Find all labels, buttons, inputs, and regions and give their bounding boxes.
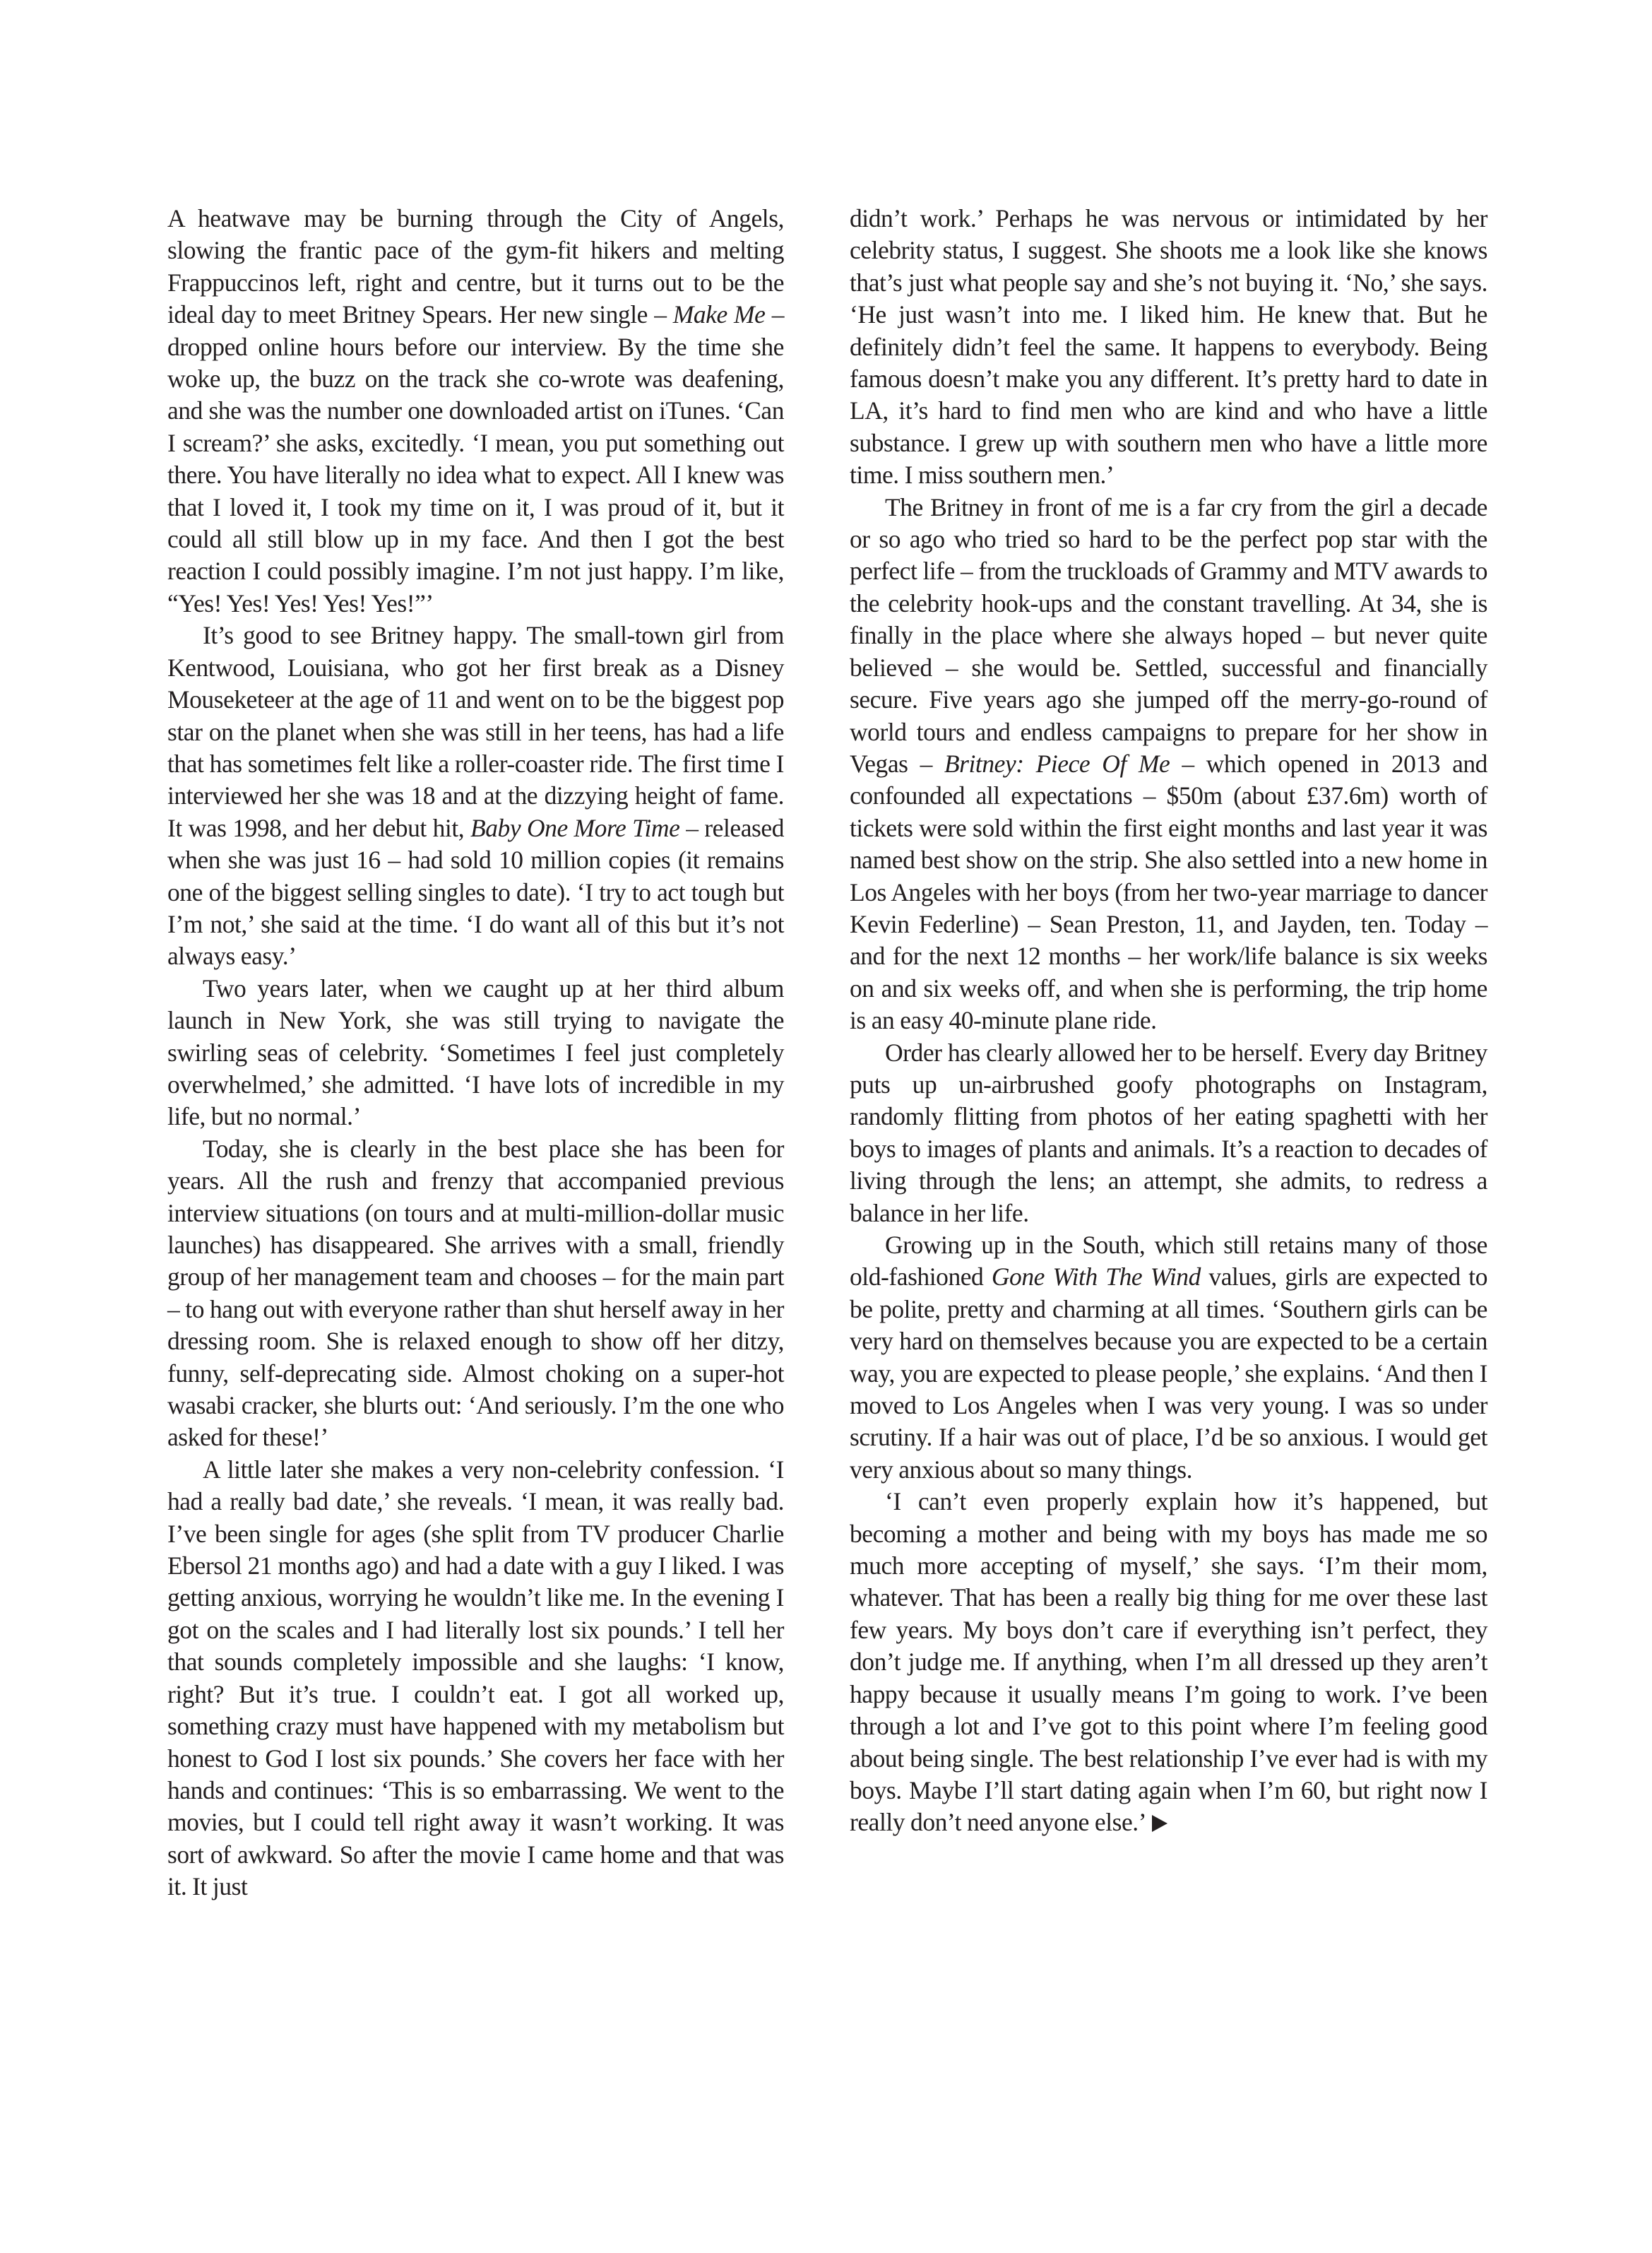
paragraph: Today, she is clearly in the best place … — [167, 1133, 784, 1454]
paragraph: Order has clearly allowed her to be hers… — [850, 1037, 1487, 1229]
song-title-italic: Baby One More Time — [470, 814, 679, 842]
paragraph: didn’t work.’ Perhaps he was nervous or … — [850, 203, 1487, 492]
paragraph-text: didn’t work.’ Perhaps he was nervous or … — [850, 204, 1487, 489]
paragraph: Growing up in the South, which still ret… — [850, 1229, 1487, 1486]
show-title-italic: Britney: Piece Of Me — [944, 750, 1170, 778]
paragraph-text: Two years later, when we caught up at he… — [167, 974, 784, 1131]
paragraph: A heatwave may be burning through the Ci… — [167, 203, 784, 620]
paragraph-text: – dropped online hours before our interv… — [167, 300, 784, 617]
film-title-italic: Gone With The Wind — [992, 1262, 1201, 1291]
paragraph-text: ‘I can’t even properly explain how it’s … — [850, 1487, 1487, 1836]
article-column-left: A heatwave may be burning through the Ci… — [167, 203, 784, 1903]
paragraph: A little later she makes a very non-cele… — [167, 1454, 784, 1903]
triangle-right-icon — [1152, 1815, 1167, 1832]
paragraph: ‘I can’t even properly explain how it’s … — [850, 1486, 1487, 1838]
paragraph-text: – which opened in 2013 and confounded al… — [850, 750, 1487, 1034]
song-title-italic: Make Me — [673, 300, 766, 329]
paragraph-text: The Britney in front of me is a far cry … — [850, 493, 1487, 778]
paragraph-text: A little later she makes a very non-cele… — [167, 1455, 784, 1900]
paragraph-text: Today, she is clearly in the best place … — [167, 1135, 784, 1452]
paragraph-text: values, girls are expected to be polite,… — [850, 1262, 1487, 1483]
magazine-page: A heatwave may be burning through the Ci… — [0, 0, 1652, 2253]
paragraph: Two years later, when we caught up at he… — [167, 973, 784, 1133]
paragraph: The Britney in front of me is a far cry … — [850, 492, 1487, 1037]
paragraph-text: Order has clearly allowed her to be hers… — [850, 1039, 1487, 1227]
article-column-right: didn’t work.’ Perhaps he was nervous or … — [850, 203, 1487, 1839]
paragraph: It’s good to see Britney happy. The smal… — [167, 620, 784, 972]
paragraph-text: It’s good to see Britney happy. The smal… — [167, 621, 784, 841]
